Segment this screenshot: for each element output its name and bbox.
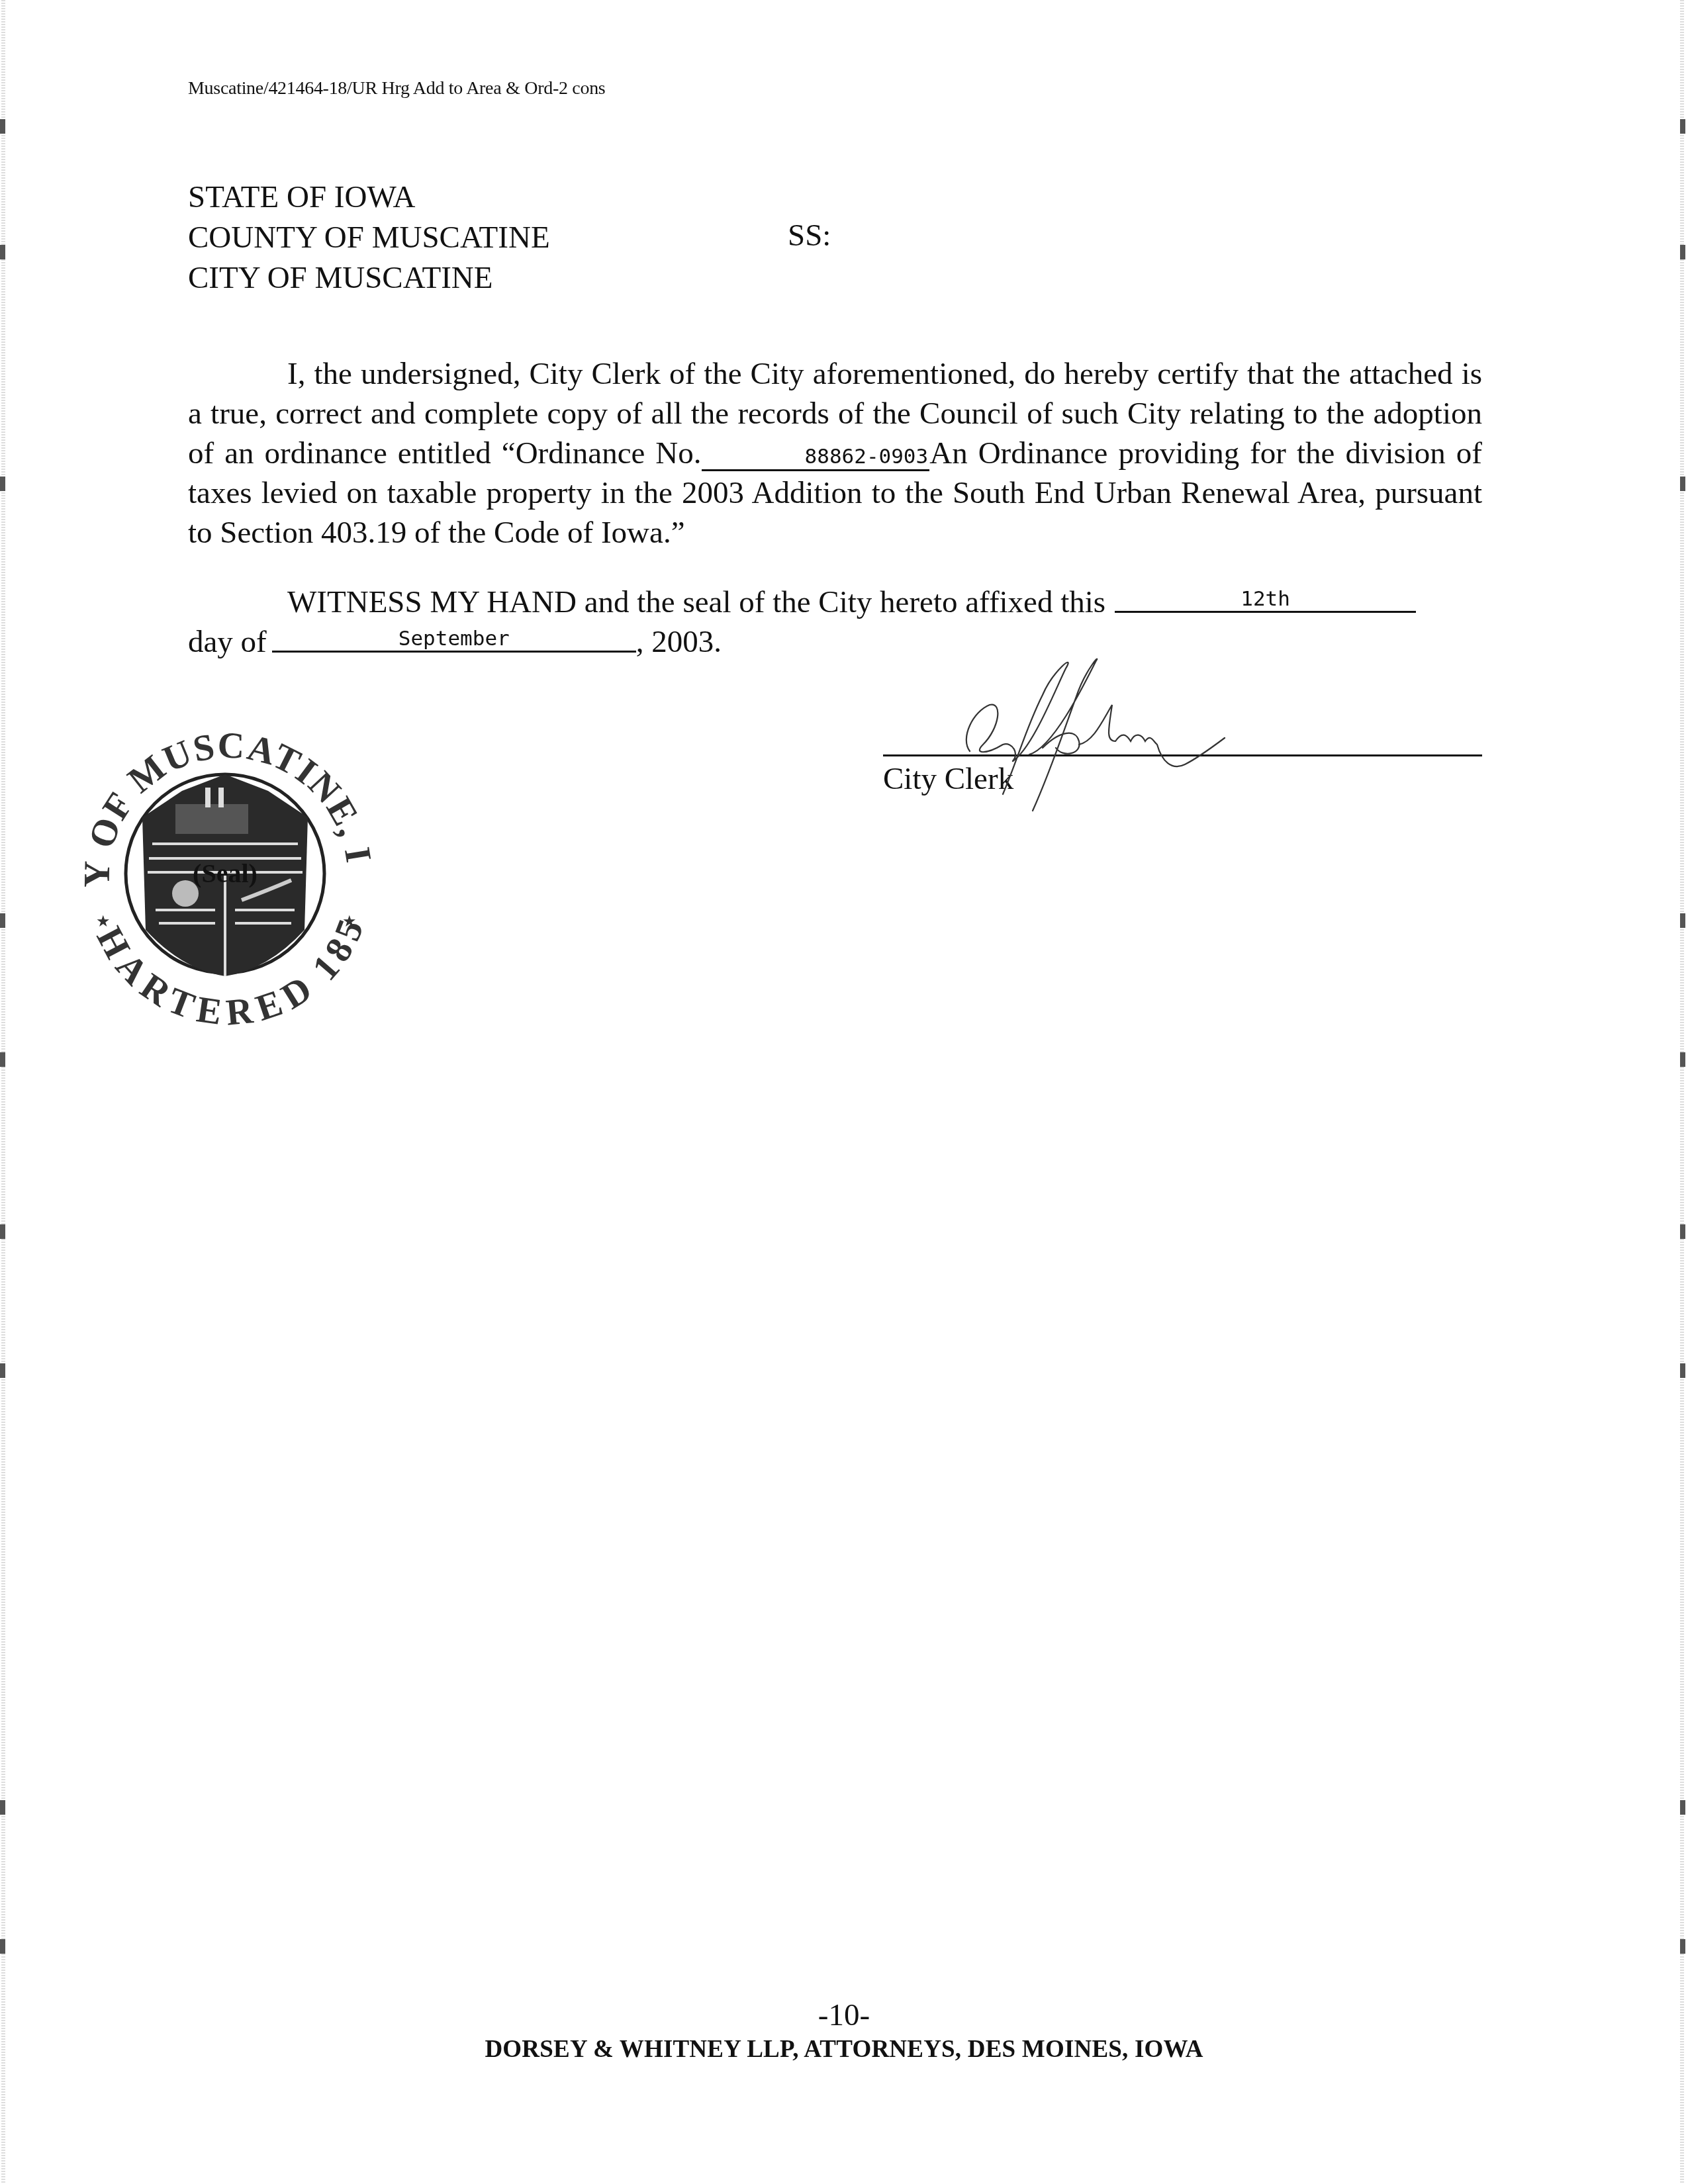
venue-city: CITY OF MUSCATINE (188, 258, 550, 298)
scan-mark (1680, 1224, 1685, 1239)
scan-mark (0, 913, 5, 928)
svg-text:★: ★ (342, 913, 357, 931)
svg-text:(Seal): (Seal) (193, 858, 258, 888)
page-number: -10- (0, 1997, 1688, 2033)
ss-label: SS: (788, 218, 831, 253)
city-seal-icon: (Seal) CITY OF MUSCATINE, IOWA CHARTERED… (70, 711, 381, 1029)
ordinance-number-field: 88862-0903 (702, 445, 930, 471)
scan-mark (0, 1052, 5, 1067)
venue-state: STATE OF IOWA (188, 177, 550, 218)
scan-mark (1680, 913, 1685, 928)
year-text: , 2003. (636, 625, 722, 659)
scan-mark (1680, 119, 1685, 134)
scan-mark (0, 245, 5, 259)
scan-mark (1680, 245, 1685, 259)
witness-text: WITNESS MY HAND and the seal of the City… (287, 585, 1105, 619)
scan-mark (0, 477, 5, 491)
scan-mark (1680, 1800, 1685, 1815)
day-of-label: day of (188, 625, 267, 659)
witness-line-1: WITNESS MY HAND and the seal of the City… (188, 582, 1482, 622)
scan-mark (1680, 1052, 1685, 1067)
scan-mark (1680, 477, 1685, 491)
signature-block: City Clerk (880, 649, 1489, 834)
scan-mark (1680, 1363, 1685, 1378)
venue-county: COUNTY OF MUSCATINE (188, 218, 550, 258)
svg-text:★: ★ (96, 913, 111, 931)
certification-paragraph: I, the undersigned, City Clerk of the Ci… (188, 354, 1482, 553)
firm-footer: DORSEY & WHITNEY LLP, ATTORNEYS, DES MOI… (0, 2035, 1688, 2064)
scan-mark (0, 1939, 5, 1954)
scan-mark (1680, 1939, 1685, 1954)
scan-mark (0, 1224, 5, 1239)
scan-mark (0, 1363, 5, 1378)
scan-edge-left (1, 0, 5, 2184)
day-field: 12th (1115, 587, 1416, 613)
document-id: Muscatine/421464-18/UR Hrg Add to Area &… (188, 78, 605, 99)
scan-mark (0, 119, 5, 134)
document-page: Muscatine/421464-18/UR Hrg Add to Area &… (0, 0, 1688, 2184)
venue-block: STATE OF IOWA COUNTY OF MUSCATINE CITY O… (188, 177, 550, 298)
month-field: September (272, 627, 636, 653)
scan-edge-right (1680, 0, 1684, 2184)
scan-mark (0, 1800, 5, 1815)
handwritten-signature-icon (920, 649, 1383, 821)
